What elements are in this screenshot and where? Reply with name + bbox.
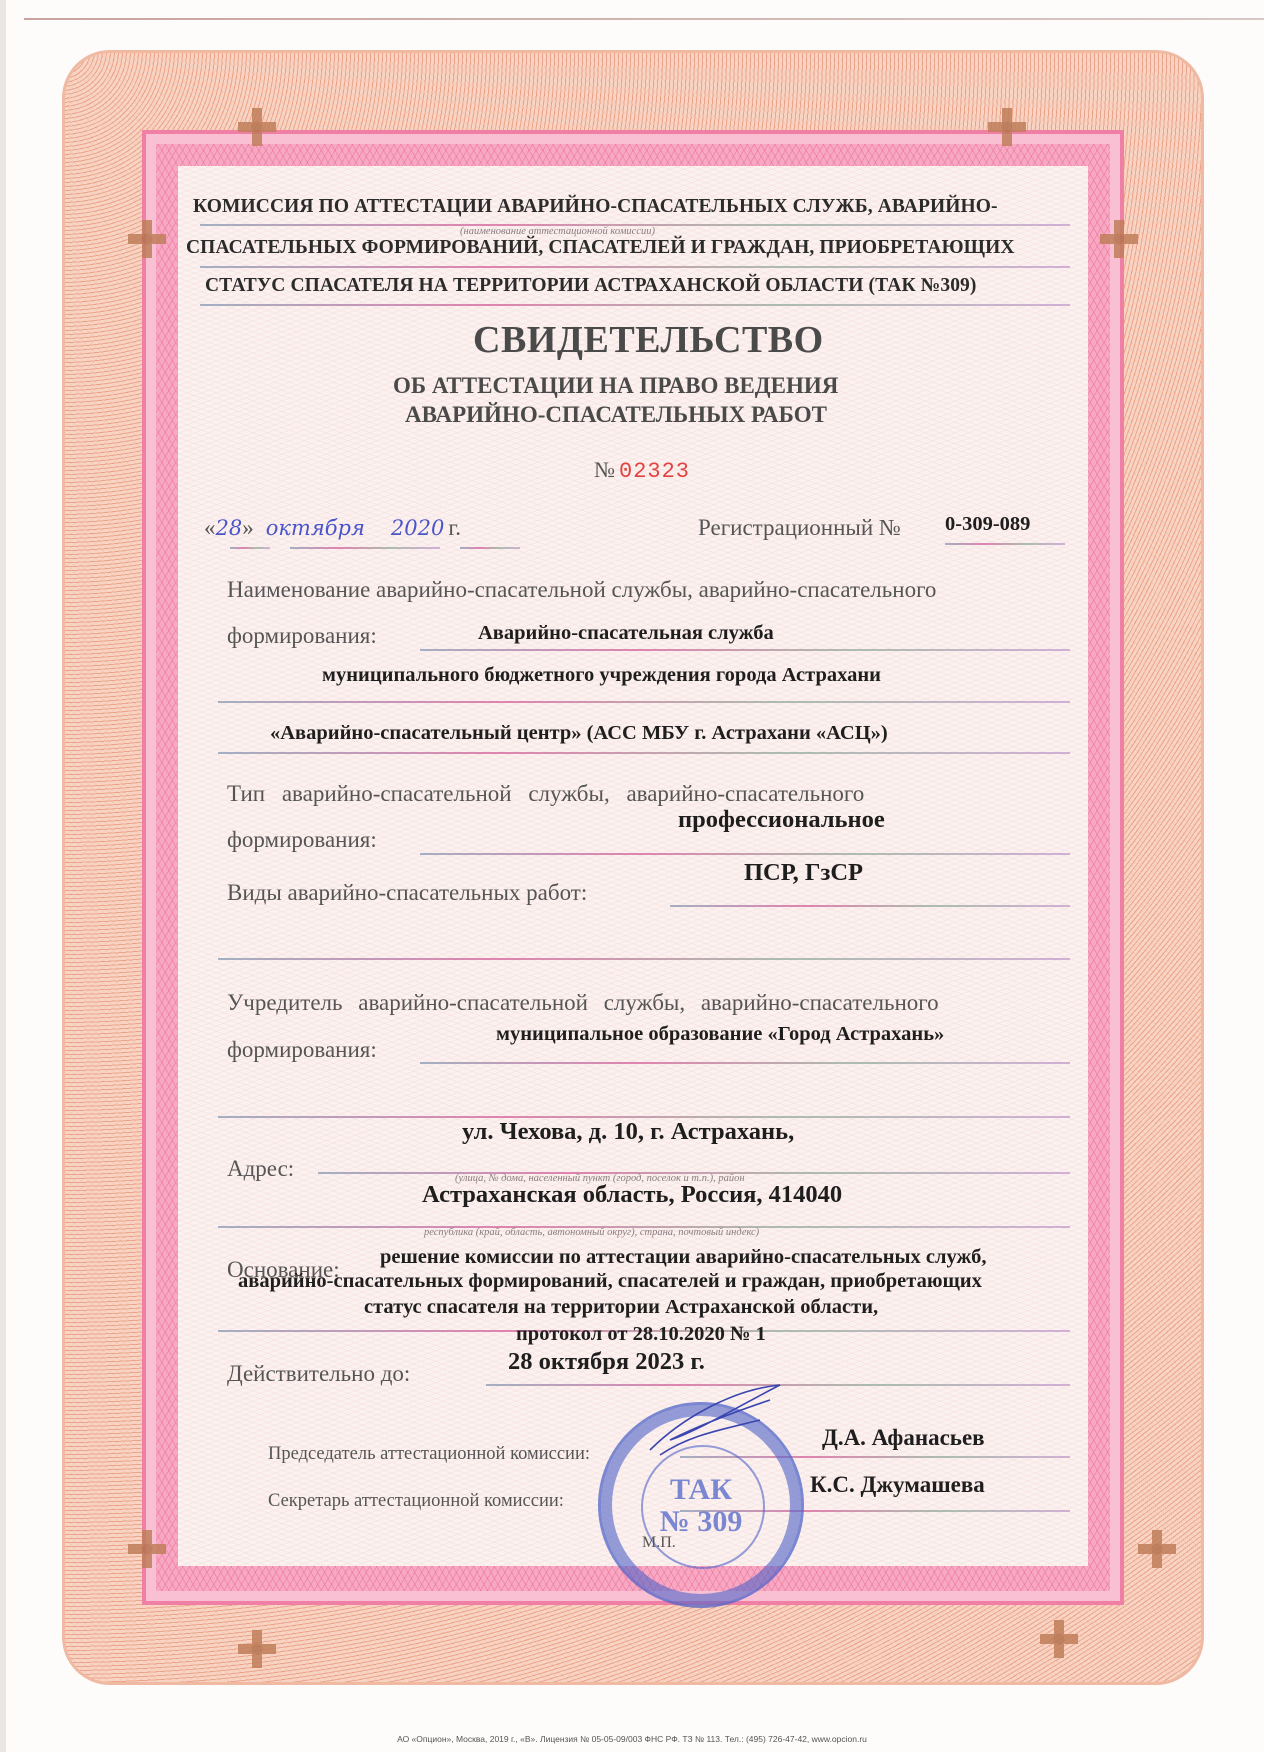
type-label-line2: формирования: (227, 827, 377, 853)
address-label: Адрес: (227, 1156, 294, 1182)
ornament-icon (1100, 220, 1138, 258)
name-value-line1: Аварийно-спасательная служба (478, 622, 774, 645)
registration-label: Регистрационный № (698, 515, 901, 541)
ornament-icon (128, 220, 166, 258)
secretary-name: К.С. Джумашева (810, 1472, 985, 1498)
certificate-number: № 02323 (594, 457, 690, 484)
type-label-line1: Тип аварийно-спасательной службы, аварий… (227, 781, 864, 807)
document-subtitle-line2: АВАРИЙНО-СПАСАТЕЛЬНЫХ РАБОТ (405, 402, 827, 428)
basis-line3: статус спасателя на территории Астраханс… (364, 1296, 878, 1319)
chairman-label: Председатель аттестационной комиссии: (268, 1444, 590, 1465)
number-label: № (594, 457, 615, 482)
address-line1: ул. Чехова, д. 10, г. Астрахань, (462, 1118, 794, 1146)
issue-month: октября (266, 516, 365, 540)
scan-top-edge (24, 18, 1264, 20)
chairman-name: Д.А. Афанасьев (822, 1425, 985, 1451)
founder-label-line1: Учредитель аварийно-спасательной службы,… (227, 990, 939, 1016)
ornament-icon (1138, 1530, 1176, 1568)
founder-value: муниципальное образование «Город Астраха… (496, 1023, 944, 1046)
founder-label-line2: формирования: (227, 1037, 377, 1063)
commission-name-line1: КОМИССИЯ ПО АТТЕСТАЦИИ АВАРИЙНО-СПАСАТЕЛ… (193, 196, 998, 218)
name-label-line1: Наименование аварийно-спасательной служб… (227, 577, 936, 603)
registration-number: 0-309-089 (945, 513, 1030, 536)
commission-name-line2: СПАСАТЕЛЬНЫХ ФОРМИРОВАНИЙ, СПАСАТЕЛЕЙ И … (186, 237, 1015, 259)
printer-footer: АО «Опцион», Москва, 2019 г., «В». Лицен… (0, 1734, 1264, 1744)
document-subtitle-line1: ОБ АТТЕСТАЦИИ НА ПРАВО ВЕДЕНИЯ (393, 373, 838, 399)
commission-name-line3: СТАТУС СПАСАТЕЛЯ НА ТЕРРИТОРИИ АСТРАХАНС… (205, 275, 977, 297)
address-line2: Астраханская область, Россия, 414040 (422, 1181, 842, 1209)
signature-icon (640, 1380, 790, 1460)
document-title: СВИДЕТЕЛЬСТВО (473, 318, 824, 362)
scan-edge (0, 0, 6, 1752)
basis-line4: протокол от 28.10.2020 № 1 (516, 1323, 766, 1346)
issue-year: 2020 (391, 516, 444, 540)
ornament-icon (238, 1630, 276, 1668)
address-caption2: республика (край, область, автономный ок… (424, 1227, 759, 1238)
secretary-label: Секретарь аттестационной комиссии: (268, 1491, 564, 1512)
issue-date: «28» октября 2020 г. (204, 515, 461, 541)
valid-until-value: 28 октября 2023 г. (508, 1348, 705, 1376)
commission-caption: (наименование аттестационной комиссии) (460, 226, 655, 237)
issue-day: 28 (216, 516, 243, 540)
type-value: профессиональное (678, 806, 885, 834)
basis-line2: аварийно-спасательных формирований, спас… (238, 1270, 982, 1293)
valid-until-label: Действительно до: (227, 1361, 410, 1387)
basis-line1: решение комиссии по аттестации аварийно-… (380, 1246, 986, 1269)
number-value: 02323 (619, 459, 690, 484)
name-value-line2: муниципального бюджетного учреждения гор… (322, 664, 881, 687)
name-value-line3: «Аварийно-спасательный центр» (АСС МБУ г… (270, 722, 888, 745)
name-label-line2: формирования: (227, 623, 377, 649)
seal-label: М.П. (642, 1534, 676, 1552)
works-value: ПСР, ГзСР (744, 859, 863, 887)
works-label: Виды аварийно-спасательных работ: (227, 880, 587, 906)
ornament-icon (128, 1530, 166, 1568)
ornament-icon (1040, 1620, 1078, 1658)
ornament-icon (988, 108, 1026, 146)
ornament-icon (238, 108, 276, 146)
